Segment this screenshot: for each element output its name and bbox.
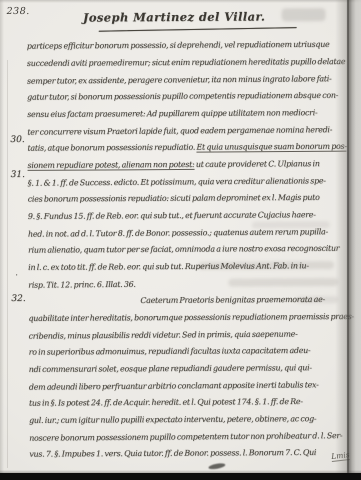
manuscript-line: sionem repudiare potest, alienam non pot…: [27, 155, 346, 174]
manuscript-line: gul. iur.; cum igitur nullo pupilli expe…: [29, 410, 348, 429]
line-segment: semper tutor, ex assidente, peragere con…: [27, 74, 331, 85]
line-segment: Caeterum Praetoris benignitas praememora…: [140, 295, 325, 305]
underlined-segment: Et quia unusquisque suam bonorum pos-: [196, 142, 346, 153]
manuscript-line: sensu eius factam praesumeret: Ad pupill…: [27, 104, 346, 123]
manuscript-scan: 238. Joseph Martinez del Villar. 30. 31.…: [0, 0, 361, 480]
line-segment: ut caute provideret C. Ulpianus in: [194, 159, 319, 169]
line-segment: vus. 7. §. Impubes 1. vers. Quia tutor. …: [29, 448, 316, 459]
line-segment: dem adeundi libero perfruantur arbitrio …: [29, 380, 319, 391]
line-segment: sensu eius factam praesumeret: Ad pupill…: [27, 108, 317, 119]
margin-number: 30.: [10, 135, 24, 145]
line-segment: cies bonorum possessionis repudiatio: si…: [28, 193, 320, 204]
line-segment: risp. Tit. 12. princ. 6. Illat. 36.: [28, 280, 135, 290]
line-segment: in l. c. ex toto tit. ff. de Reb. eor. q…: [28, 261, 309, 272]
manuscript-line: tatis, atque bonorum possessionis repudi…: [27, 138, 346, 157]
page-content: 238. Joseph Martinez del Villar. 30. 31.…: [0, 0, 361, 480]
manuscript-line: quabilitate inter hereditatis, bonorumqu…: [28, 308, 347, 327]
manuscript-line: gatur tutor, si bonorum possessionis pup…: [27, 87, 346, 106]
page-edge-shadow-line: [347, 0, 349, 473]
manuscript-line: vus. 7. §. Impubes 1. vers. Quia tutor. …: [29, 444, 348, 463]
line-segment: ter concurrere visum Praetori lapide fui…: [27, 125, 332, 136]
line-segment: ro in superioribus admonuimus, repudiand…: [29, 346, 311, 357]
manuscript-line: 9. §. Fundus 15. ff. de Reb. eor. qui su…: [28, 206, 347, 225]
manuscript-line: in l. c. ex toto tit. ff. de Reb. eor. q…: [28, 257, 347, 276]
line-segment: quabilitate inter hereditatis, bonorumqu…: [28, 312, 353, 323]
paragraph-dot: ·: [15, 271, 18, 281]
manuscript-line: cies bonorum possessionis repudiatio: si…: [28, 189, 347, 208]
line-segment: succedendi aviti praemediremur; sicut en…: [27, 57, 345, 68]
title-underline: [99, 27, 297, 32]
line-segment: particeps efficitur bonorum possessio, s…: [27, 40, 330, 51]
margin-number: 31.: [11, 170, 25, 180]
page-crease: [7, 60, 8, 468]
manuscript-line: ndi commensurari solet, eosque plane rep…: [29, 359, 348, 378]
manuscript-line-section-start: Caeterum Praetoris benignitas praememora…: [28, 291, 347, 310]
line-segment: gul. iur.; cum igitur nullo pupilli expe…: [29, 414, 316, 425]
scan-edge-top: [0, 0, 361, 3]
manuscript-line: tus in §. Is potest 24. ff. de Acquir. h…: [29, 393, 348, 412]
margin-number: 32.: [11, 294, 25, 304]
line-segment: 9. §. Fundus 15. ff. de Reb. eor. qui su…: [28, 210, 316, 221]
manuscript-line: rium alienatio, quam tutor per se faciat…: [28, 240, 347, 259]
scan-edge-bottom: [0, 473, 361, 480]
line-segment: tatis, atque bonorum possessionis repudi…: [27, 143, 196, 153]
underlined-segment: sionem repudiare potest, alienam non pot…: [28, 160, 195, 171]
line-segment: cribendis, minus plausibilis reddi videt…: [29, 329, 298, 340]
line-segment: §. 1. & 1. ff. de Success. edicto. Et po…: [28, 176, 326, 187]
manuscript-text: particeps efficitur bonorum possessio, s…: [27, 36, 349, 463]
line-segment: gatur tutor, si bonorum possessionis pup…: [27, 91, 338, 102]
manuscript-line: particeps efficitur bonorum possessio, s…: [27, 36, 346, 55]
line-segment: rium alienatio, quam tutor per se faciat…: [28, 244, 339, 255]
ink-bleed: [282, 8, 326, 21]
manuscript-line: succedendi aviti praemediremur; sicut en…: [27, 53, 346, 72]
line-segment: ndi commensurari solet, eosque plane rep…: [29, 363, 312, 374]
line-segment: noscere bonorum possessionem pupillo com…: [29, 431, 342, 443]
line-segment: hed. in not. ad d. l. Tutor 8. ff. de Bo…: [28, 227, 328, 238]
manuscript-line: ro in superioribus admonuimus, repudiand…: [29, 342, 348, 361]
scan-edge-left: [0, 0, 4, 480]
line-segment: tus in §. Is potest 24. ff. de Acquir. h…: [29, 397, 303, 408]
